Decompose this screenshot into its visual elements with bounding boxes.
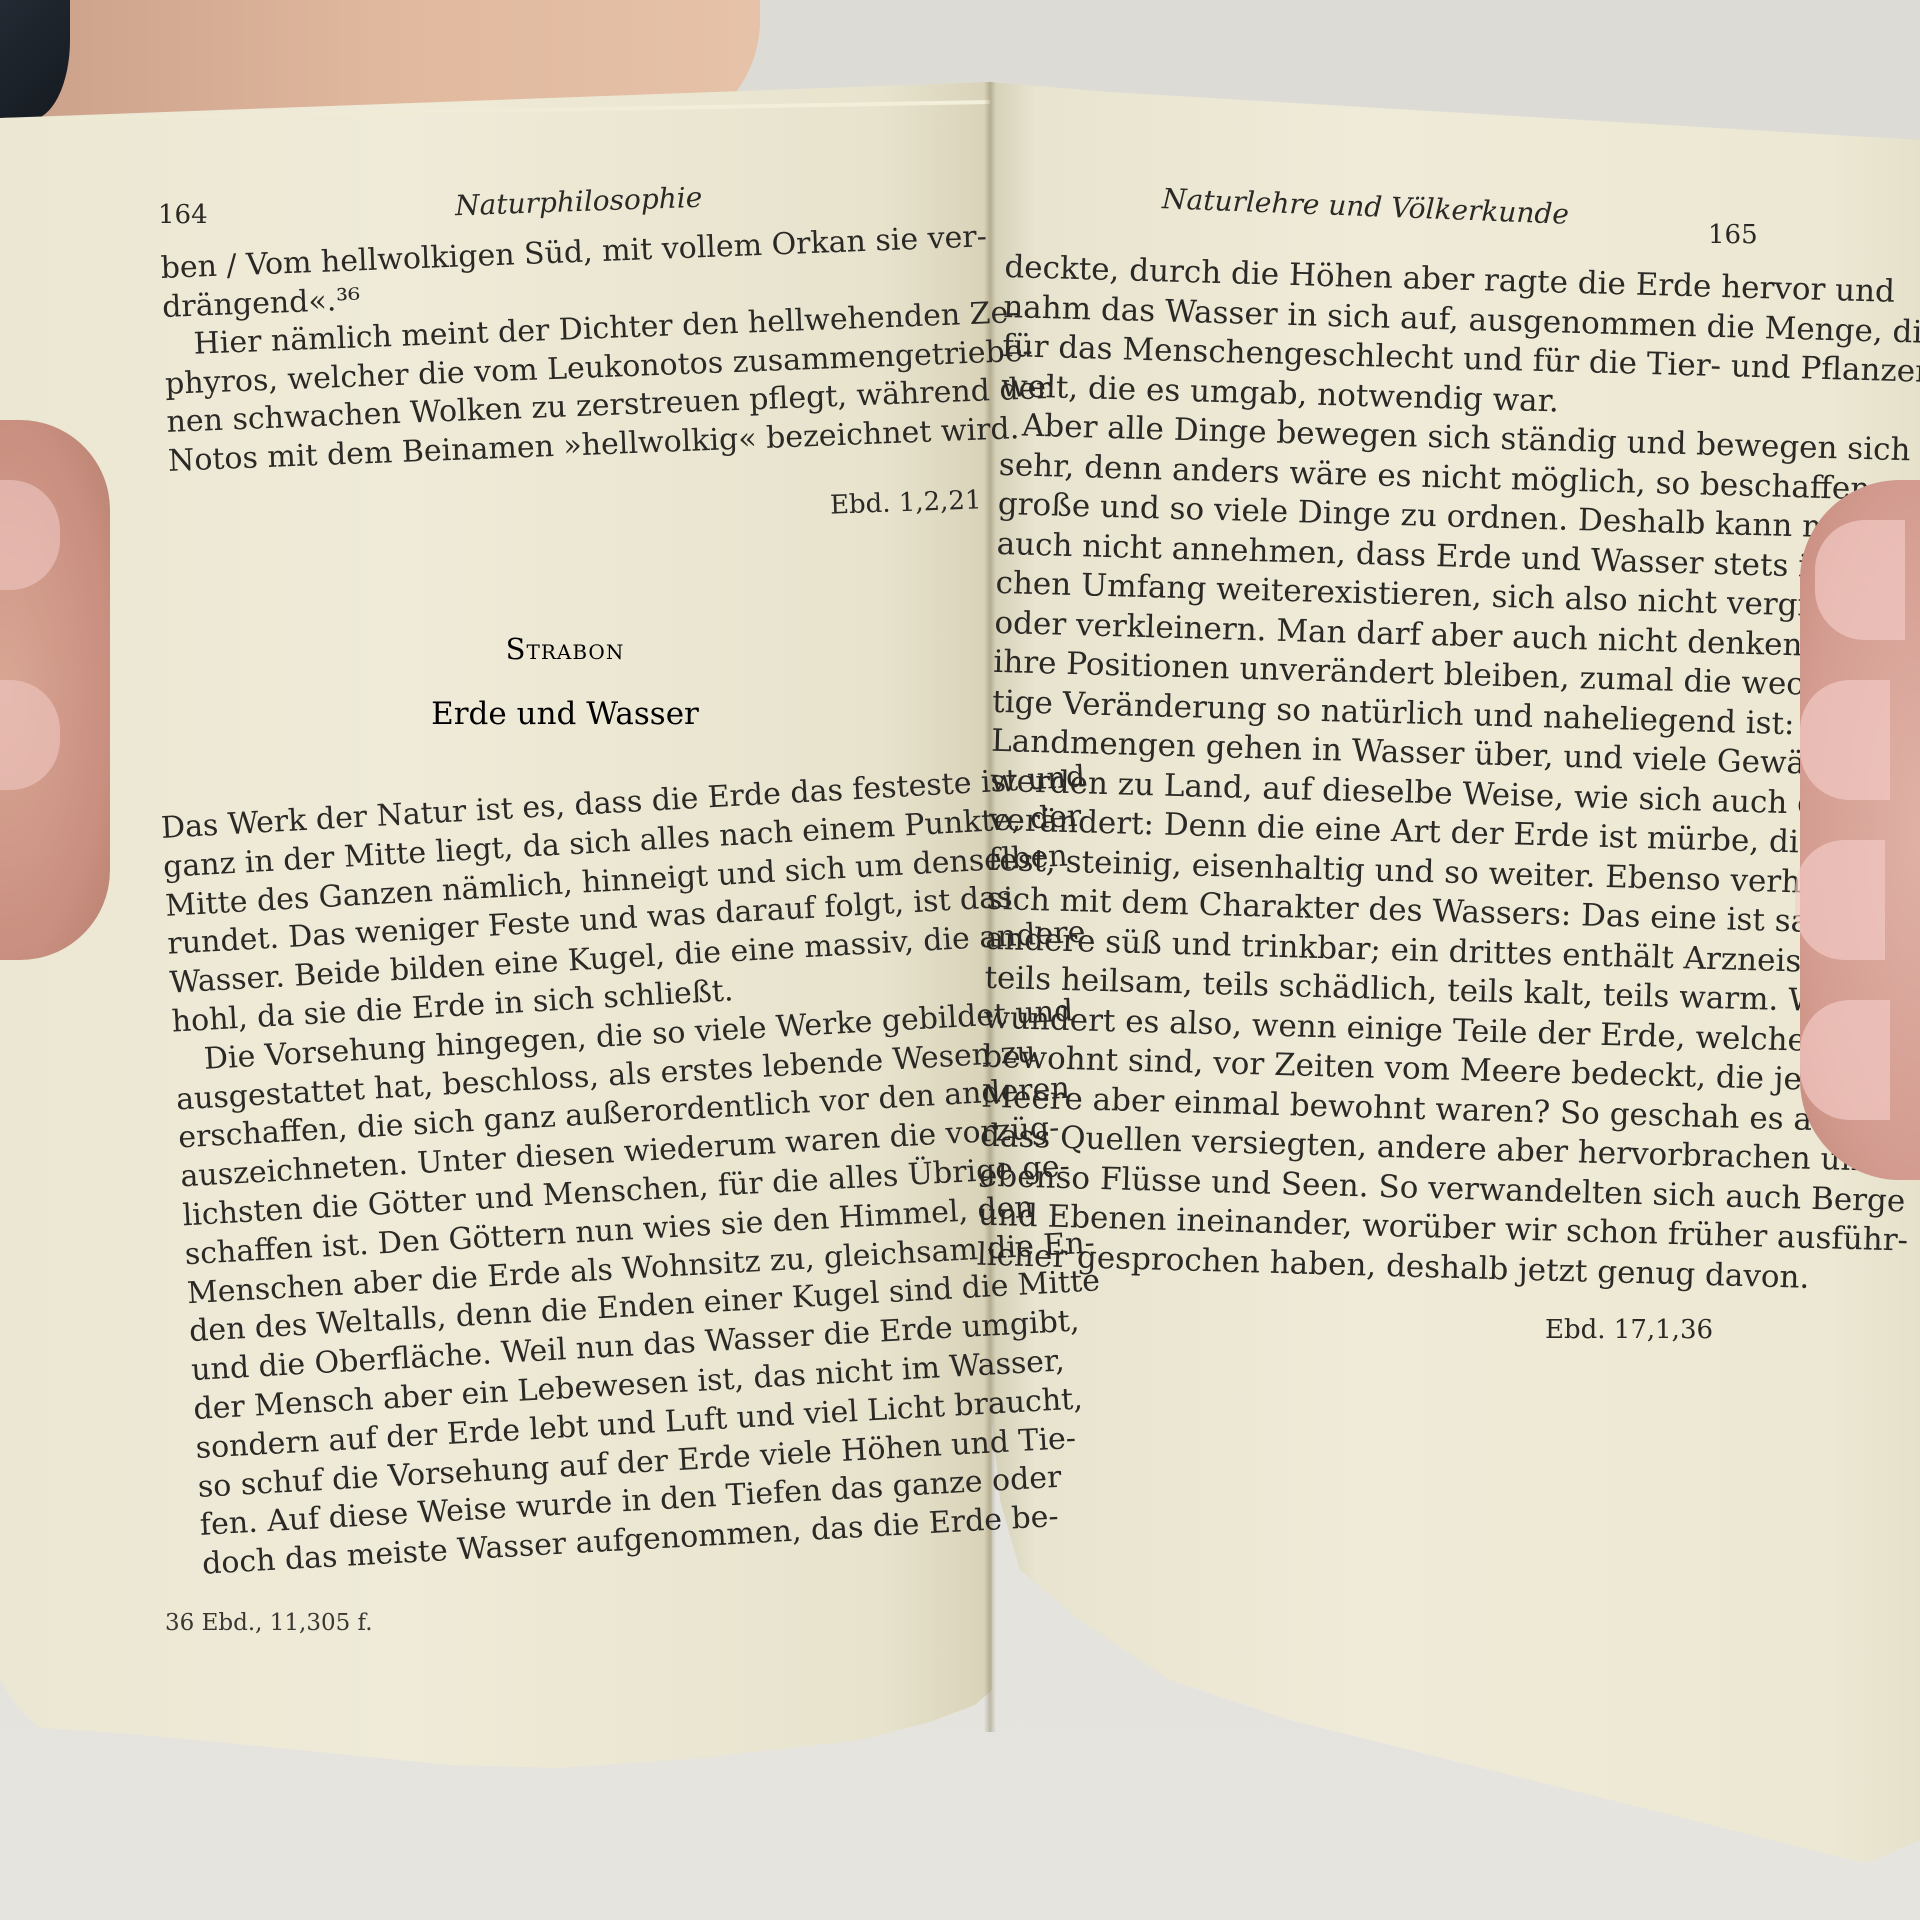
right-page-number: 165	[1708, 220, 1758, 250]
fingernail	[0, 680, 60, 790]
left-page-number: 164	[158, 200, 208, 230]
right-page-body: deckte, durch die Höhen aber ragte die E…	[976, 248, 1749, 1295]
left-page-body: Das Werk der Natur ist es, dass die Erde…	[160, 765, 1012, 1585]
right-hand-fingers	[1800, 480, 1920, 1180]
fingernail	[1795, 840, 1885, 960]
fingernail	[0, 480, 60, 590]
section-title: Erde und Wasser	[160, 696, 970, 732]
fingernail	[1815, 520, 1905, 640]
left-source-citation: Ebd. 1,2,21	[830, 485, 982, 520]
footnote: 36 Ebd., 11,305 f.	[165, 1610, 373, 1636]
fingernail	[1800, 680, 1890, 800]
left-page-top-text: ben / Vom hellwolkigen Süd, mit vollem O…	[160, 219, 978, 481]
section-author: Strabon	[160, 632, 970, 666]
photo-scene: 164 Naturphilosophie ben / Vom hellwolki…	[0, 0, 1920, 1920]
fingernail	[1800, 1000, 1890, 1120]
left-hand-fingers	[0, 420, 110, 960]
right-source-citation: Ebd. 17,1,36	[1545, 1315, 1713, 1345]
